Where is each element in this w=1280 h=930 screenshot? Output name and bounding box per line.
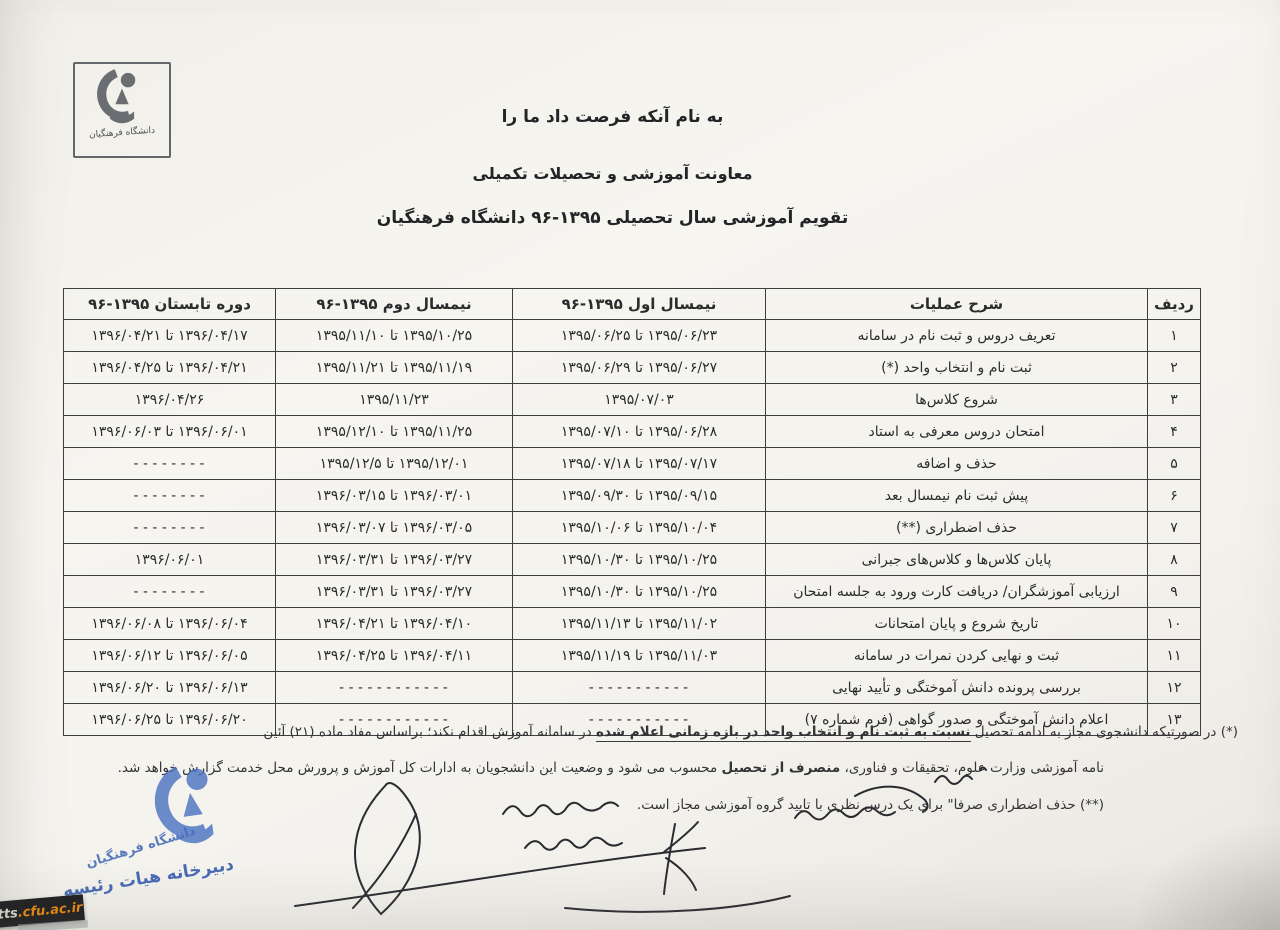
- summer-cell: --------: [64, 480, 276, 512]
- summer-cell: ۱۳۹۶/۰۶/۰۵ تا ۱۳۹۶/۰۶/۱۲: [64, 640, 276, 672]
- row-no-cell: ۲: [1148, 352, 1201, 384]
- operation-cell: ارزیابی آموزشگران/ دریافت کارت ورود به ج…: [766, 576, 1148, 608]
- column-header-operation: شرح عملیات: [766, 289, 1148, 320]
- semester2-cell: ۱۳۹۶/۰۳/۲۷ تا ۱۳۹۶/۰۳/۳۱: [276, 544, 513, 576]
- operation-cell: شروع کلاس‌ها: [766, 384, 1148, 416]
- summer-cell: ۱۳۹۶/۰۶/۲۰ تا ۱۳۹۶/۰۶/۲۵: [64, 704, 276, 736]
- table-row: ۱۰تاریخ شروع و پایان امتحانات۱۳۹۵/۱۱/۰۲ …: [64, 608, 1201, 640]
- summer-cell: ۱۳۹۶/۰۴/۱۷ تا ۱۳۹۶/۰۴/۲۱: [64, 320, 276, 352]
- table-row: ۹ارزیابی آموزشگران/ دریافت کارت ورود به …: [64, 576, 1201, 608]
- operation-cell: تاریخ شروع و پایان امتحانات: [766, 608, 1148, 640]
- semester1-cell: ۱۳۹۵/۰۶/۲۸ تا ۱۳۹۵/۰۷/۱۰: [513, 416, 766, 448]
- summer-cell: ۱۳۹۶/۰۴/۲۶: [64, 384, 276, 416]
- header-blessing: به نام آنکه فرصت داد ما را: [0, 107, 1225, 127]
- table-row: ۱۱ثبت و نهایی کردن نمرات در سامانه۱۳۹۵/۱…: [64, 640, 1201, 672]
- semester1-cell: ۱۳۹۵/۰۷/۱۷ تا ۱۳۹۵/۰۷/۱۸: [513, 448, 766, 480]
- semester1-cell: ۱۳۹۵/۱۰/۰۴ تا ۱۳۹۵/۱۰/۰۶: [513, 512, 766, 544]
- semester2-cell: ۱۳۹۶/۰۴/۱۱ تا ۱۳۹۶/۰۴/۲۵: [276, 640, 513, 672]
- row-no-cell: ۶: [1148, 480, 1201, 512]
- semester2-cell: ۱۳۹۶/۰۴/۱۰ تا ۱۳۹۶/۰۴/۲۱: [276, 608, 513, 640]
- row-no-cell: ۸: [1148, 544, 1201, 576]
- university-logo-caption: دانشگاه فرهنگیان: [89, 126, 156, 141]
- semester2-cell: ۱۳۹۵/۱۱/۲۳: [276, 384, 513, 416]
- table-header-row: ردیف شرح عملیات نیمسال اول ۱۳۹۵-۹۶ نیمسا…: [64, 289, 1201, 320]
- semester1-cell: ۱۳۹۵/۰۶/۲۳ تا ۱۳۹۵/۰۶/۲۵: [513, 320, 766, 352]
- summer-cell: --------: [64, 448, 276, 480]
- row-no-cell: ۱۲: [1148, 672, 1201, 704]
- table-row: ۲ثبت نام و انتخاب واحد (*)۱۳۹۵/۰۶/۲۷ تا …: [64, 352, 1201, 384]
- summer-cell: ۱۳۹۶/۰۴/۲۱ تا ۱۳۹۶/۰۴/۲۵: [64, 352, 276, 384]
- operation-cell: حذف و اضافه: [766, 448, 1148, 480]
- semester1-cell: ۱۳۹۵/۰۷/۰۳: [513, 384, 766, 416]
- row-no-cell: ۹: [1148, 576, 1201, 608]
- table-row: ۳شروع کلاس‌ها۱۳۹۵/۰۷/۰۳۱۳۹۵/۱۱/۲۳۱۳۹۶/۰۴…: [64, 384, 1201, 416]
- semester2-cell: ۱۳۹۵/۱۱/۲۵ تا ۱۳۹۵/۱۲/۱۰: [276, 416, 513, 448]
- operation-cell: بررسی پرونده دانش آموختگی و تأیید نهایی: [766, 672, 1148, 704]
- operation-cell: ثبت نام و انتخاب واحد (*): [766, 352, 1148, 384]
- semester1-cell: ۱۳۹۵/۰۶/۲۷ تا ۱۳۹۵/۰۶/۲۹: [513, 352, 766, 384]
- summer-cell: ۱۳۹۶/۰۶/۱۳ تا ۱۳۹۶/۰۶/۲۰: [64, 672, 276, 704]
- footnote-1-post: در سامانه آموزش اقدام نکند؛ براساس مفاد …: [263, 724, 596, 740]
- column-header-semester2: نیمسال دوم ۱۳۹۵-۹۶: [276, 289, 513, 320]
- semester2-cell: ۱۳۹۶/۰۳/۰۱ تا ۱۳۹۶/۰۳/۱۵: [276, 480, 513, 512]
- operation-cell: حذف اضطراری (**): [766, 512, 1148, 544]
- semester2-cell: ۱۳۹۵/۱۲/۰۱ تا ۱۳۹۵/۱۲/۵: [276, 448, 513, 480]
- table-row: ۴امتحان دروس معرفی به استاد۱۳۹۵/۰۶/۲۸ تا…: [64, 416, 1201, 448]
- row-no-cell: ۱۱: [1148, 640, 1201, 672]
- scanned-document-page: دانشگاه فرهنگیان به نام آنکه فرصت داد ما…: [0, 0, 1280, 930]
- footnote-1-emphasis: نسبت به ثبت نام و انتخاب واحد در بازه زم…: [596, 724, 971, 742]
- semester2-cell: ۱۳۹۵/۱۰/۲۵ تا ۱۳۹۵/۱۱/۱۰: [276, 320, 513, 352]
- footnote-1-pre: (*) در صورتیکه دانشجوی مجاز به ادامه تحص…: [971, 724, 1238, 740]
- academic-calendar-table: ردیف شرح عملیات نیمسال اول ۱۳۹۵-۹۶ نیمسا…: [63, 288, 1201, 736]
- summer-cell: --------: [64, 576, 276, 608]
- row-no-cell: ۳: [1148, 384, 1201, 416]
- summer-cell: ۱۳۹۶/۰۶/۰۱ تا ۱۳۹۶/۰۶/۰۳: [64, 416, 276, 448]
- semester2-cell: ۱۳۹۵/۱۱/۱۹ تا ۱۳۹۵/۱۱/۲۱: [276, 352, 513, 384]
- semester1-cell: ۱۳۹۵/۱۱/۰۳ تا ۱۳۹۵/۱۱/۱۹: [513, 640, 766, 672]
- semester1-cell: ۱۳۹۵/۱۱/۰۲ تا ۱۳۹۵/۱۱/۱۳: [513, 608, 766, 640]
- row-no-cell: ۱۰: [1148, 608, 1201, 640]
- operation-cell: پیش ثبت نام نیمسال بعد: [766, 480, 1148, 512]
- table-row: ۸پایان کلاس‌ها و کلاس‌های جبرانی۱۳۹۵/۱۰/…: [64, 544, 1201, 576]
- row-no-cell: ۱: [1148, 320, 1201, 352]
- summer-cell: ۱۳۹۶/۰۶/۰۱: [64, 544, 276, 576]
- semester1-cell: ۱۳۹۵/۰۹/۱۵ تا ۱۳۹۵/۰۹/۳۰: [513, 480, 766, 512]
- summer-cell: --------: [64, 512, 276, 544]
- semester1-cell: ۱۳۹۵/۱۰/۲۵ تا ۱۳۹۵/۱۰/۳۰: [513, 544, 766, 576]
- row-no-cell: ۴: [1148, 416, 1201, 448]
- semester1-cell: ۱۳۹۵/۱۰/۲۵ تا ۱۳۹۵/۱۰/۳۰: [513, 576, 766, 608]
- semester1-cell: -----------: [513, 672, 766, 704]
- summer-cell: ۱۳۹۶/۰۶/۰۴ تا ۱۳۹۶/۰۶/۰۸: [64, 608, 276, 640]
- operation-cell: ثبت و نهایی کردن نمرات در سامانه: [766, 640, 1148, 672]
- table-row: ۱تعریف دروس و ثبت نام در سامانه۱۳۹۵/۰۶/۲…: [64, 320, 1201, 352]
- footnote-1-line-1: (*) در صورتیکه دانشجوی مجاز به ادامه تحص…: [263, 724, 1238, 740]
- header-department: معاونت آموزشی و تحصیلات تکمیلی: [0, 164, 1225, 183]
- table-row: ۷حذف اضطراری (**)۱۳۹۵/۱۰/۰۴ تا ۱۳۹۵/۱۰/۰…: [64, 512, 1201, 544]
- table-row: ۵حذف و اضافه۱۳۹۵/۰۷/۱۷ تا ۱۳۹۵/۰۷/۱۸۱۳۹۵…: [64, 448, 1201, 480]
- semester2-cell: ۱۳۹۶/۰۳/۰۵ تا ۱۳۹۶/۰۳/۰۷: [276, 512, 513, 544]
- table-row: ۱۲بررسی پرونده دانش آموختگی و تأیید نهای…: [64, 672, 1201, 704]
- operation-cell: پایان کلاس‌ها و کلاس‌های جبرانی: [766, 544, 1148, 576]
- table-row: ۶پیش ثبت نام نیمسال بعد۱۳۹۵/۰۹/۱۵ تا ۱۳۹…: [64, 480, 1201, 512]
- column-header-semester1: نیمسال اول ۱۳۹۵-۹۶: [513, 289, 766, 320]
- row-no-cell: ۵: [1148, 448, 1201, 480]
- semester2-cell: ------------: [276, 672, 513, 704]
- operation-cell: امتحان دروس معرفی به استاد: [766, 416, 1148, 448]
- row-no-cell: ۷: [1148, 512, 1201, 544]
- page-title: تقویم آموزشی سال تحصیلی ۱۳۹۵-۹۶ دانشگاه …: [0, 208, 1225, 228]
- column-header-summer: دوره تابستان ۱۳۹۵-۹۶: [64, 289, 276, 320]
- column-header-row-no: ردیف: [1148, 289, 1201, 320]
- scan-bottom-shadow: [0, 860, 1280, 930]
- semester2-cell: ۱۳۹۶/۰۳/۲۷ تا ۱۳۹۶/۰۳/۳۱: [276, 576, 513, 608]
- operation-cell: تعریف دروس و ثبت نام در سامانه: [766, 320, 1148, 352]
